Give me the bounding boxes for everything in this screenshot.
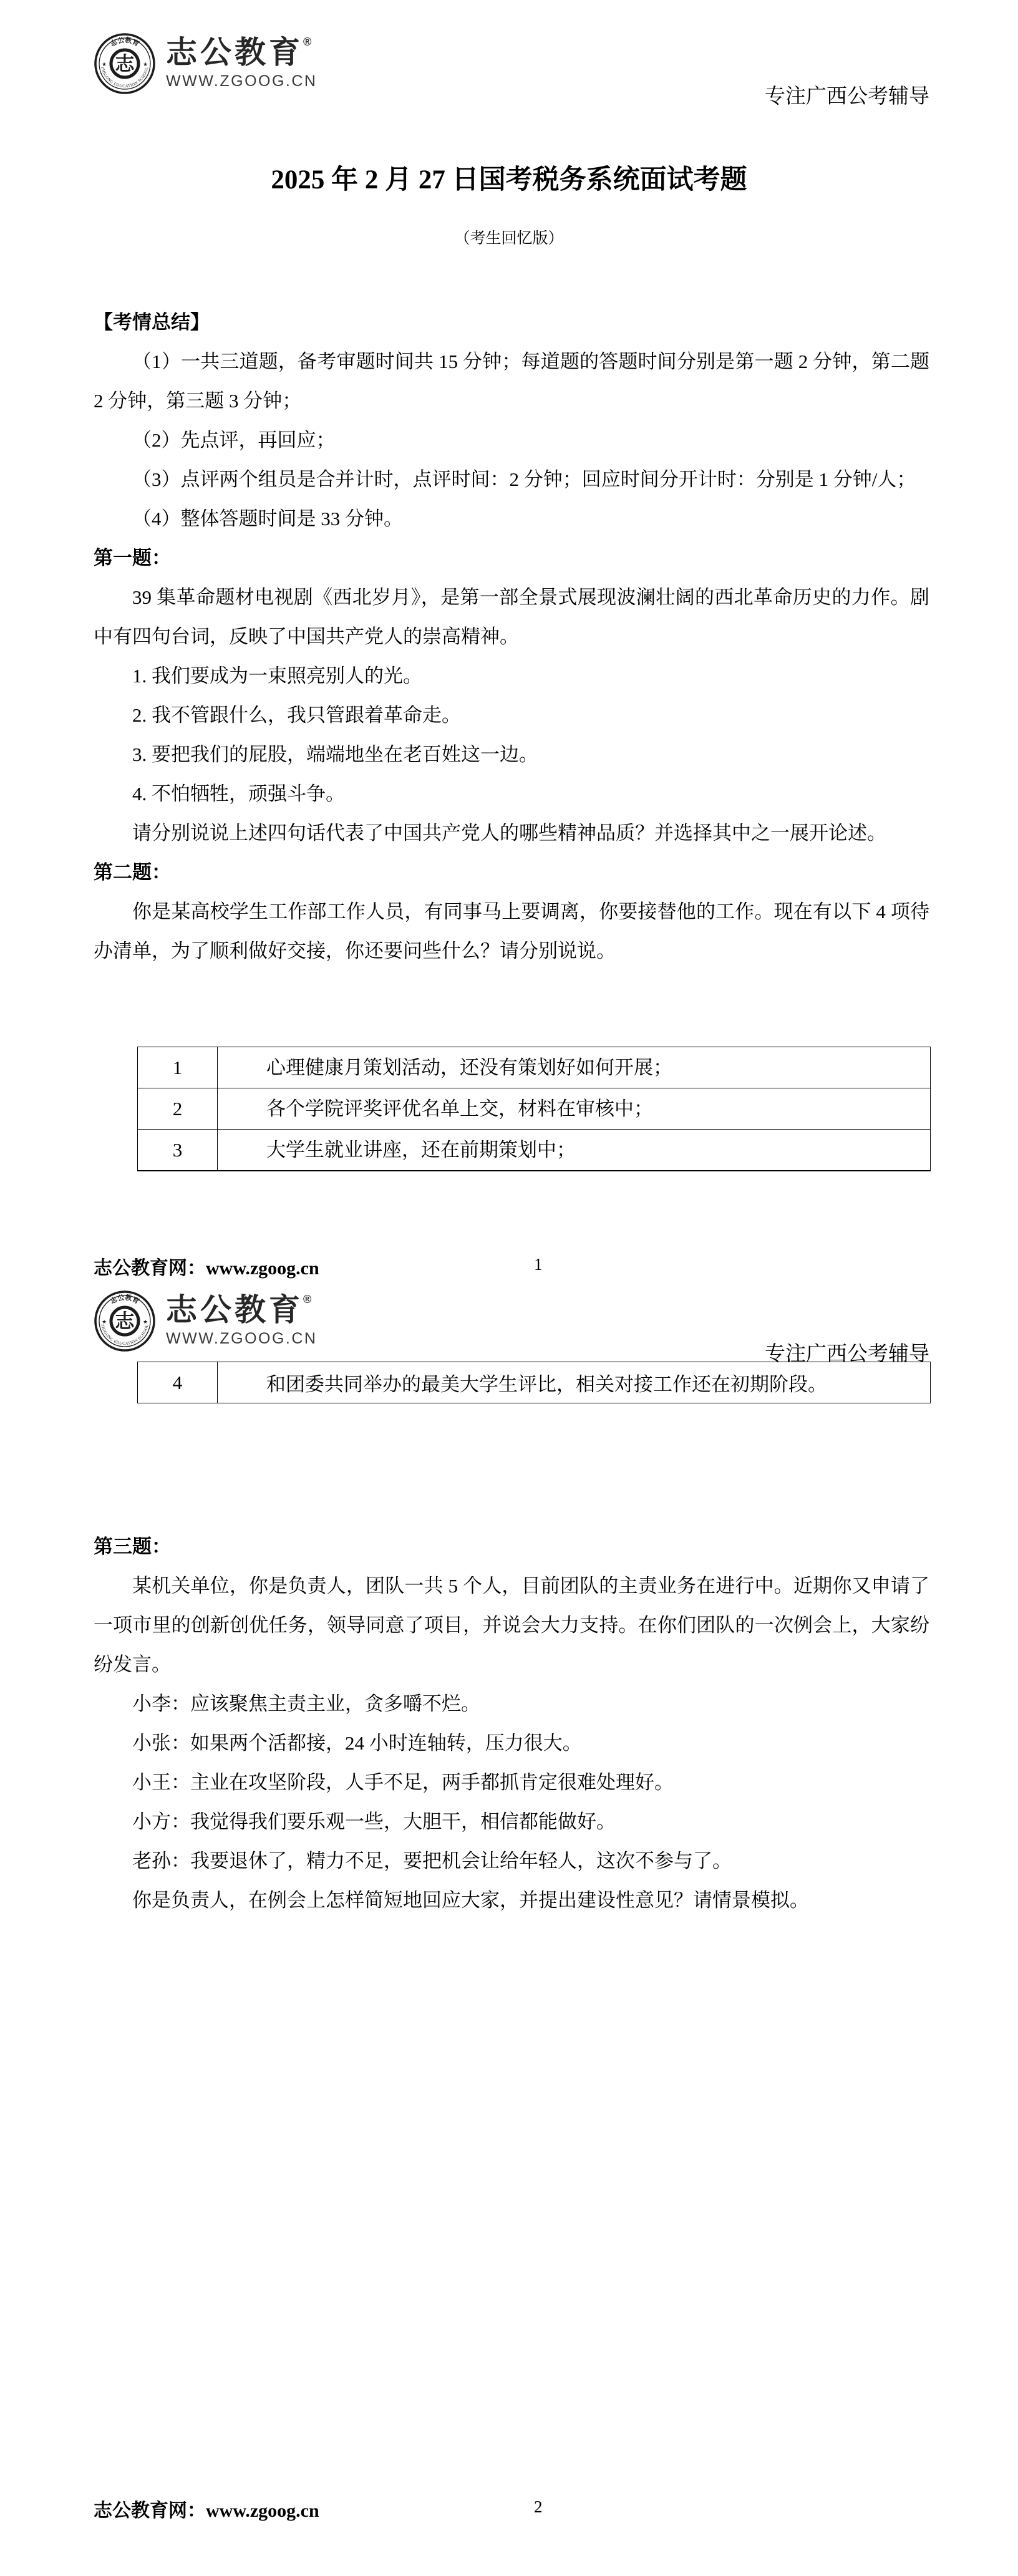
table-row: 4 和团委共同举办的最美大学生评比，相关对接工作还在初期阶段。 — [138, 1362, 931, 1403]
seal-character: 志 — [115, 53, 135, 75]
page-subtitle: （考生回忆版） — [0, 226, 1018, 248]
page-number-1: 1 — [534, 1255, 543, 1274]
todo-table-page1: 1 心理健康月策划活动，还没有策划好如何开展； 2 各个学院评奖评优名单上交，材… — [137, 1047, 931, 1171]
brand-name: 志公教育® — [166, 1294, 317, 1327]
row-number-cell: 1 — [138, 1047, 218, 1088]
question3-speech-4: 小方：我觉得我们要乐观一些，大胆干，相信都能做好。 — [94, 1802, 929, 1841]
row-number-cell: 2 — [138, 1088, 218, 1130]
row-number-cell: 3 — [138, 1130, 218, 1171]
table-row: 2 各个学院评奖评优名单上交，材料在审核中； — [138, 1088, 931, 1130]
summary-item-1: （1）一共三道题，备考审题时间共 15 分钟；每道题的答题时间分别是第一题 2 … — [94, 342, 929, 420]
question3-heading: 第三题： — [94, 1527, 929, 1566]
question1-quote-2: 2. 我不管跟什么，我只管跟着革命走。 — [94, 695, 929, 735]
brand-url: WWW.ZGOOG.CN — [166, 72, 317, 90]
seal-star-left-icon: ★ — [102, 1319, 107, 1325]
company-seal-icon: 志公教育 ZHIGONG EDUCATION SCHOOL ★ ★ 志 — [94, 32, 156, 95]
question3-speech-3: 小王：主业在攻坚阶段，人手不足，两手都抓肯定很难处理好。 — [94, 1763, 929, 1802]
page1-header: 志公教育 ZHIGONG EDUCATION SCHOOL ★ ★ 志 志公教育… — [94, 32, 929, 109]
question3-speech-5: 老孙：我要退休了，精力不足，要把机会让给年轻人，这次不参与了。 — [94, 1841, 929, 1881]
question2-heading: 第二题： — [94, 853, 929, 892]
summary-heading: 【考情总结】 — [94, 303, 929, 342]
brand-name-text: 志公教育 — [166, 1292, 303, 1327]
page-number-2: 2 — [534, 2497, 543, 2517]
summary-item-3: （3）点评两个组员是合并计时，点评时间：2 分钟；回应时间分开计时：分别是 1 … — [94, 460, 929, 499]
registered-mark: ® — [303, 36, 311, 48]
todo-table-continued: 4 和团委共同举办的最美大学生评比，相关对接工作还在初期阶段。 — [137, 1362, 931, 1403]
question3-speech-1: 小李：应该聚焦主责主业，贪多嚼不烂。 — [94, 1684, 929, 1723]
row-text-cell: 和团委共同举办的最美大学生评比，相关对接工作还在初期阶段。 — [218, 1362, 931, 1403]
question3-intro: 某机关单位，你是负责人，团队一共 5 个人，目前团队的主责业务在进行中。近期你又… — [94, 1566, 929, 1684]
todo-table-page2: 4 和团委共同举办的最美大学生评比，相关对接工作还在初期阶段。 — [137, 1362, 931, 1403]
row-text-cell: 大学生就业讲座，还在前期策划中； — [218, 1130, 931, 1171]
seal-star-right-icon: ★ — [143, 61, 148, 67]
footer-site-page2: 志公教育网：www.zgoog.cn — [94, 2495, 319, 2522]
company-logo: 志公教育 ZHIGONG EDUCATION SCHOOL ★ ★ 志 志公教育… — [94, 32, 317, 95]
seal-star-right-icon: ★ — [143, 1319, 148, 1325]
footer-site-page1: 志公教育网：www.zgoog.cn — [94, 1252, 319, 1280]
row-number-cell: 4 — [138, 1362, 218, 1403]
brand-text-block: 志公教育® WWW.ZGOOG.CN — [166, 1290, 317, 1348]
question2-intro: 你是某高校学生工作部工作人员，有同事马上要调离，你要接替他的工作。现在有以下 4… — [94, 892, 929, 971]
question1-ask: 请分别说说上述四句话代表了中国共产党人的哪些精神品质？并选择其中之一展开论述。 — [94, 813, 929, 853]
question3-ask: 你是负责人，在例会上怎样简短地回应大家，并提出建设性意见？请情景模拟。 — [94, 1881, 929, 1920]
brand-name-text: 志公教育 — [166, 35, 303, 70]
question1-quote-1: 1. 我们要成为一束照亮别人的光。 — [94, 656, 929, 695]
table-row: 3 大学生就业讲座，还在前期策划中； — [138, 1130, 931, 1171]
seal-star-left-icon: ★ — [102, 61, 107, 67]
header-tagline: 专注广西公考辅导 — [765, 80, 929, 109]
brand-text-block: 志公教育® WWW.ZGOOG.CN — [166, 32, 317, 90]
company-seal-icon: 志公教育 ZHIGONG EDUCATION SCHOOL ★ ★ 志 — [94, 1290, 156, 1352]
summary-item-2: （2）先点评，再回应； — [94, 420, 929, 460]
company-logo: 志公教育 ZHIGONG EDUCATION SCHOOL ★ ★ 志 志公教育… — [94, 1290, 317, 1352]
summary-item-4: （4）整体答题时间是 33 分钟。 — [94, 499, 929, 538]
question1-intro: 39 集革命题材电视剧《西北岁月》，是第一部全景式展现波澜壮阔的西北革命历史的力… — [94, 578, 929, 656]
table-row: 1 心理健康月策划活动，还没有策划好如何开展； — [138, 1047, 931, 1088]
page-title: 2025 年 2 月 27 日国考税务系统面试考题 — [0, 158, 1018, 196]
brand-name: 志公教育® — [166, 36, 317, 69]
question1-heading: 第一题： — [94, 538, 929, 578]
page1-content: 【考情总结】 （1）一共三道题，备考审题时间共 15 分钟；每道题的答题时间分别… — [94, 303, 929, 1171]
page2-content: 第三题： 某机关单位，你是负责人，团队一共 5 个人，目前团队的主责业务在进行中… — [94, 1527, 929, 1920]
question3-speech-2: 小张：如果两个活都接，24 小时连轴转，压力很大。 — [94, 1723, 929, 1763]
question1-quote-4: 4. 不怕牺牲，顽强斗争。 — [94, 774, 929, 813]
registered-mark: ® — [303, 1293, 311, 1305]
row-text-cell: 心理健康月策划活动，还没有策划好如何开展； — [218, 1047, 931, 1088]
brand-url: WWW.ZGOOG.CN — [166, 1330, 317, 1348]
question1-quote-3: 3. 要把我们的屁股，端端地坐在老百姓这一边。 — [94, 735, 929, 774]
seal-character: 志 — [115, 1310, 135, 1332]
row-text-cell: 各个学院评奖评优名单上交，材料在审核中； — [218, 1088, 931, 1130]
page2-header: 志公教育 ZHIGONG EDUCATION SCHOOL ★ ★ 志 志公教育… — [94, 1290, 929, 1367]
